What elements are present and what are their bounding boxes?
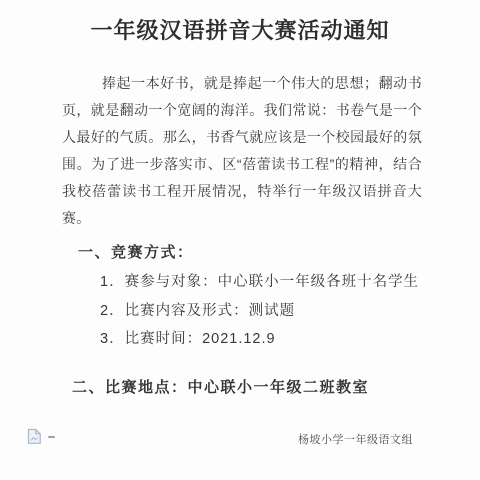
section-1-heading: 一、竞赛方式： (78, 242, 480, 264)
footer-dash-divider (48, 436, 55, 438)
competition-detail-list: 1．赛参与对象：中心联小一年级各班十名学生 2．比赛内容及形式：测试题 3．比赛… (100, 268, 480, 354)
attachment-page-icon[interactable] (27, 428, 42, 445)
section-2-heading: 二、比赛地点：中心联小一年级二班教室 (72, 377, 480, 399)
signature: 杨坡小学一年级语文组 (298, 431, 413, 447)
footer: 杨坡小学一年级语文组 (0, 427, 480, 449)
page-title: 一年级汉语拼音大赛活动通知 (8, 16, 472, 46)
notice-document: 一年级汉语拼音大赛活动通知 捧起一本好书，就是捧起一个伟大的思想；翻动书页，就是… (0, 0, 480, 480)
list-item-content-format: 2．比赛内容及形式：测试题 (100, 297, 480, 326)
intro-paragraph: 捧起一本好书，就是捧起一个伟大的思想；翻动书页，就是翻动一个宽阔的海洋。我们常说… (62, 70, 422, 232)
list-item-date: 3．比赛时间：2021.12.9 (100, 325, 480, 354)
section-competition-method: 一、竞赛方式： 1．赛参与对象：中心联小一年级各班十名学生 2．比赛内容及形式：… (0, 242, 480, 354)
list-item-participants: 1．赛参与对象：中心联小一年级各班十名学生 (100, 268, 480, 297)
